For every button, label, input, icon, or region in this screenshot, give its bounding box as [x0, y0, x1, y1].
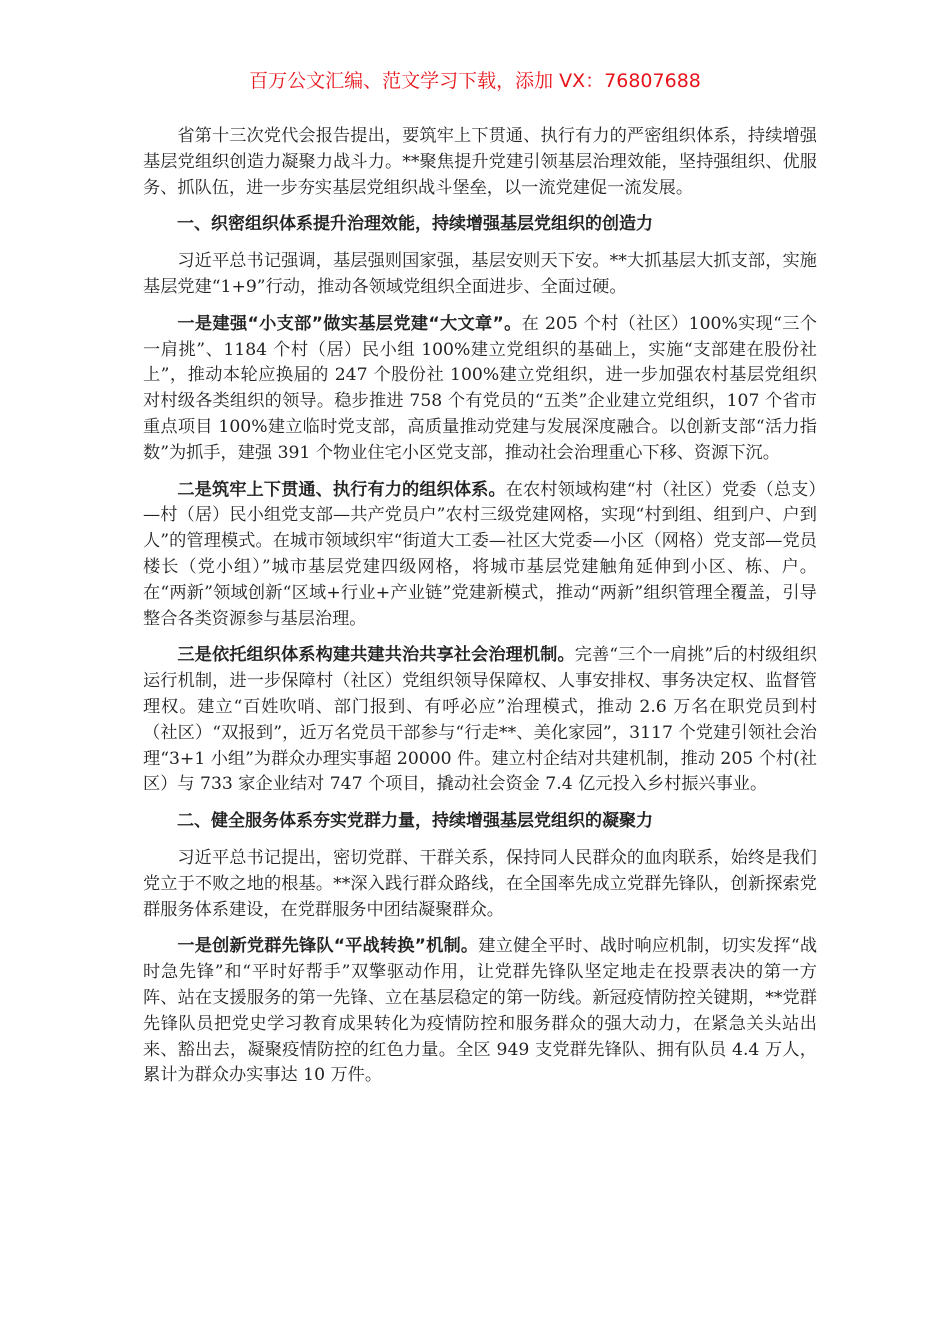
item-body: 完善“三个一肩挑”后的村级组织运行机制，进一步保障村（社区）党组织领导保障权、人…: [143, 645, 817, 794]
section2-lead: 习近平总书记提出，密切党群、干群关系，保持同人民群众的血肉联系，始终是我们党立于…: [143, 846, 817, 923]
item-body: 在 205 个村（社区）100%实现“三个一肩挑”、1184 个村（居）民小组 …: [143, 314, 817, 463]
section2-item-1: 一是创新党群先锋队“平战转换”机制。建立健全平时、战时响应机制，切实发挥“战时急…: [143, 934, 817, 1089]
item-title: 二是筑牢上下贯通、执行有力的组织体系。: [177, 480, 505, 500]
section1-lead: 习近平总书记强调，基层强则国家强，基层安则天下安。**大抓基层大抓支部，实施基层…: [143, 249, 817, 301]
section1-item-2: 二是筑牢上下贯通、执行有力的组织体系。在农村领域构建“村（社区）党委（总支）—村…: [143, 478, 817, 633]
item-title: 三是依托组织体系构建共建共治共享社会治理机制。: [177, 645, 574, 665]
section-heading-1: 一、织密组织体系提升治理效能，持续增强基层党组织的创造力: [143, 212, 817, 238]
section-heading-2: 二、健全服务体系夯实党群力量，持续增强基层党组织的凝聚力: [143, 809, 817, 835]
item-title: 一是建强“小支部”做实基层党建“大文章”。: [177, 314, 521, 334]
document-page: 百万公文汇编、范文学习下载，添加 VX：76807688 省第十三次党代会报告提…: [0, 0, 950, 1344]
document-body: 省第十三次党代会报告提出，要筑牢上下贯通、执行有力的严密组织体系，持续增强基层党…: [143, 124, 817, 1100]
section1-item-3: 三是依托组织体系构建共建共治共享社会治理机制。完善“三个一肩挑”后的村级组织运行…: [143, 643, 817, 798]
item-body: 在农村领域构建“村（社区）党委（总支）—村（居）民小组党支部—共产党员户”农村三…: [143, 480, 817, 629]
header-banner: 百万公文汇编、范文学习下载，添加 VX：76807688: [0, 66, 950, 93]
item-body: 建立健全平时、战时响应机制，切实发挥“战时急先锋”和“平时好帮手”双擎驱动作用，…: [143, 936, 817, 1085]
item-title: 一是创新党群先锋队“平战转换”机制。: [177, 936, 478, 956]
intro-paragraph: 省第十三次党代会报告提出，要筑牢上下贯通、执行有力的严密组织体系，持续增强基层党…: [143, 124, 817, 201]
section1-item-1: 一是建强“小支部”做实基层党建“大文章”。在 205 个村（社区）100%实现“…: [143, 312, 817, 467]
